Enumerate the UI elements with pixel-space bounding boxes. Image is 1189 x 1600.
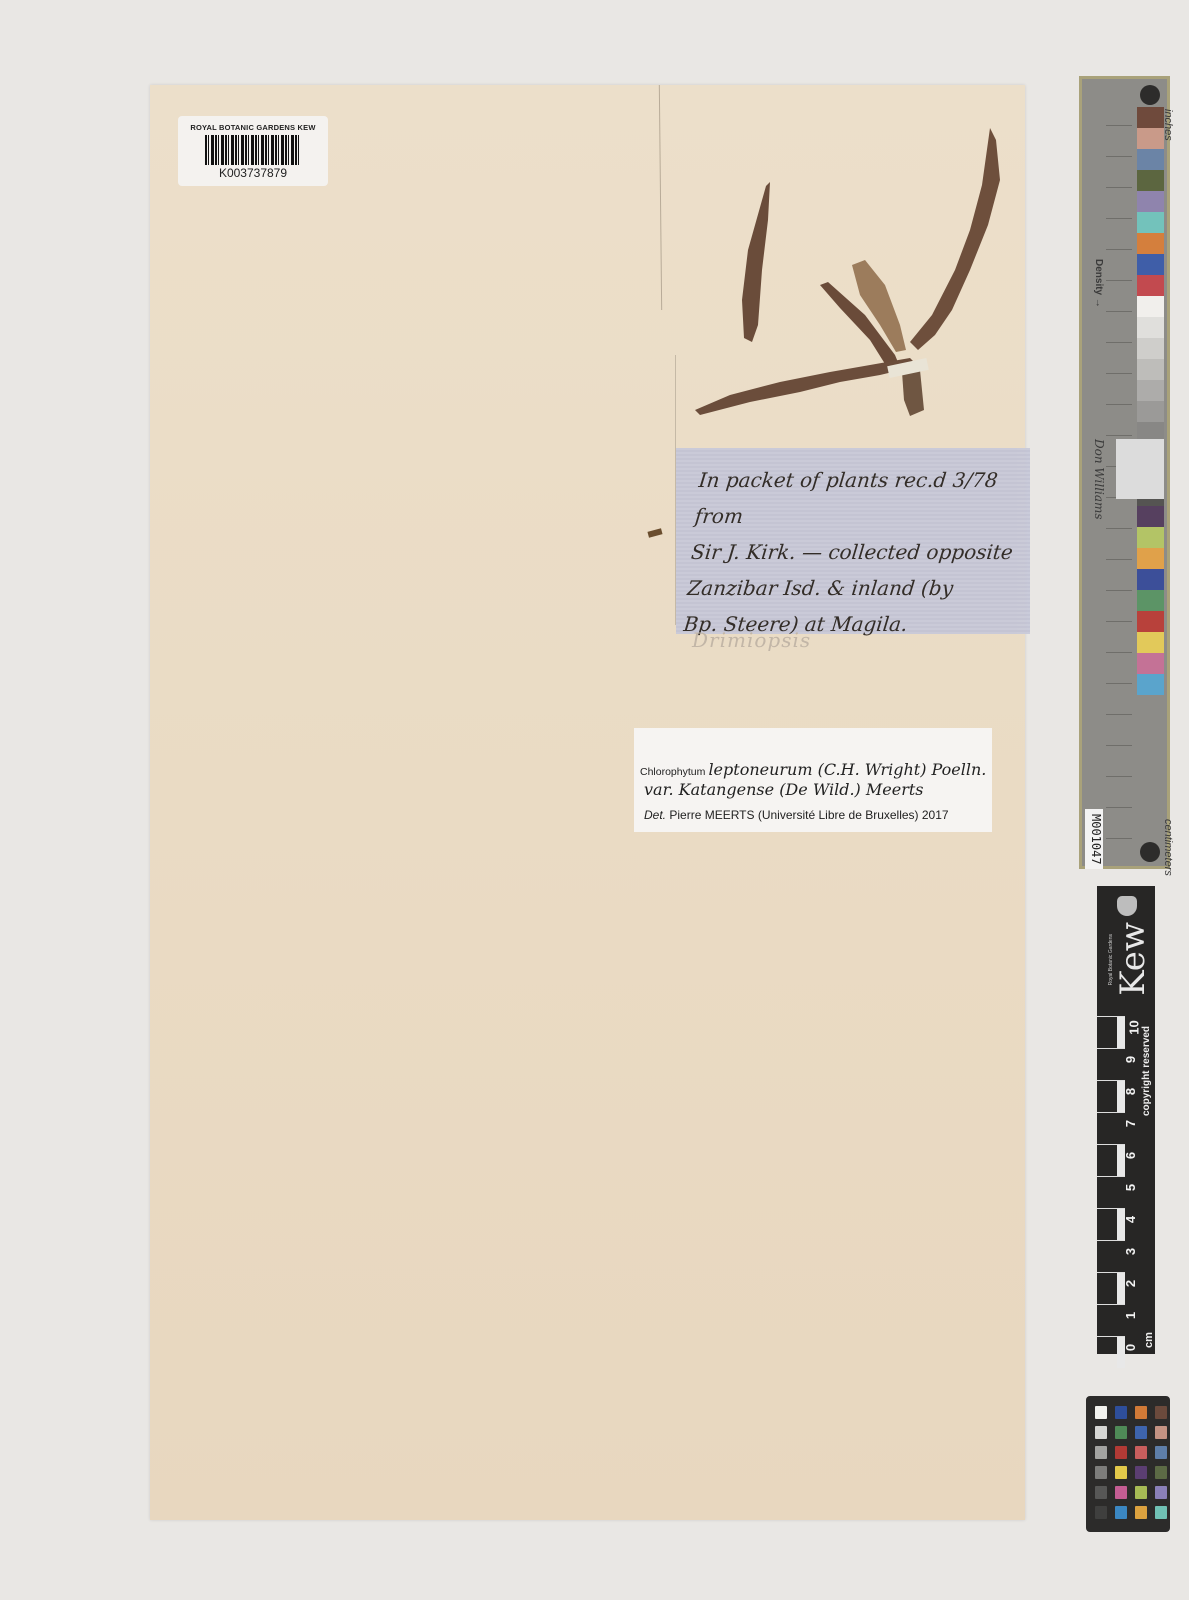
copyright-label: copyright reserved — [1141, 1026, 1152, 1116]
cm-scale — [1097, 1016, 1125, 1346]
scale-number: 4 — [1123, 1216, 1138, 1223]
registration-dot-icon — [1140, 85, 1160, 105]
color-swatch — [1137, 275, 1164, 296]
kew-scale-ruler: Royal Botanic Gardens Kew 109876543210 c… — [1097, 886, 1155, 1354]
color-swatch — [1137, 170, 1164, 191]
kew-crest-icon — [1117, 896, 1137, 916]
gray-target — [1116, 439, 1164, 499]
checker-cell — [1095, 1506, 1107, 1519]
scale-segment — [1097, 1080, 1125, 1112]
scale-segment — [1097, 1016, 1125, 1048]
color-bar-code: M001047 — [1085, 809, 1103, 869]
scale-number: 8 — [1123, 1088, 1138, 1095]
checker-cell — [1135, 1426, 1147, 1439]
collector-notes: In packet of plants rec.d 3/78 from Sir … — [666, 448, 1040, 642]
checker-cell — [1095, 1406, 1107, 1419]
scale-number: 5 — [1123, 1184, 1138, 1191]
color-swatch — [1137, 212, 1164, 233]
scale-number: 3 — [1123, 1248, 1138, 1255]
brand-label: Don Williams — [1092, 439, 1106, 520]
determiner-name: Pierre MEERTS (Université Libre de Bruxe… — [669, 808, 948, 822]
checker-cell — [1115, 1406, 1127, 1419]
checker-cell — [1135, 1466, 1147, 1479]
det-prefix: Det. — [644, 808, 666, 822]
checker-cell — [1115, 1506, 1127, 1519]
color-swatch — [1137, 296, 1164, 317]
color-swatch — [1137, 359, 1164, 380]
genus-name: Chlorophytum — [640, 766, 705, 778]
inches-label: inches — [1162, 109, 1174, 141]
scale-segment — [1097, 1336, 1125, 1368]
centimeters-label: centimeters — [1162, 819, 1174, 876]
checker-cell — [1135, 1486, 1147, 1499]
color-swatches — [1137, 107, 1164, 695]
scale-segment — [1097, 1240, 1125, 1272]
checker-cell — [1135, 1506, 1147, 1519]
color-swatch — [1137, 401, 1164, 422]
cm-unit-label: cm — [1143, 1332, 1155, 1348]
checker-cell — [1155, 1466, 1167, 1479]
scale-number: 0 — [1123, 1344, 1138, 1351]
scale-number: 1 — [1123, 1312, 1138, 1319]
color-swatch — [1137, 506, 1164, 527]
scale-number: 6 — [1123, 1152, 1138, 1159]
checker-cell — [1155, 1426, 1167, 1439]
checker-cell — [1115, 1426, 1127, 1439]
species-epithet: leptoneurum (C.H. Wright) Poelln. — [708, 760, 986, 779]
checker-cell — [1095, 1466, 1107, 1479]
checker-cell — [1155, 1486, 1167, 1499]
kew-logo: Kew — [1113, 922, 1153, 996]
color-swatch — [1137, 611, 1164, 632]
color-checker-card — [1086, 1396, 1170, 1532]
color-swatch — [1137, 191, 1164, 212]
scale-number: 2 — [1123, 1280, 1138, 1287]
color-swatch — [1137, 317, 1164, 338]
color-swatch — [1137, 632, 1164, 653]
color-swatch — [1137, 527, 1164, 548]
checker-cell — [1115, 1446, 1127, 1459]
color-swatch — [1137, 590, 1164, 611]
scale-number: 9 — [1123, 1056, 1138, 1063]
color-swatch — [1137, 233, 1164, 254]
color-swatch — [1137, 380, 1164, 401]
pencil-annotation: Drimiopsis — [692, 628, 811, 652]
color-swatch — [1137, 107, 1164, 128]
scale-segment — [1097, 1048, 1125, 1080]
scale-number: 7 — [1123, 1120, 1138, 1127]
institution-name: ROYAL BOTANIC GARDENS KEW — [178, 123, 328, 132]
color-swatch — [1137, 653, 1164, 674]
checker-cell — [1135, 1446, 1147, 1459]
color-swatch — [1137, 548, 1164, 569]
checker-cell — [1095, 1426, 1107, 1439]
color-swatch — [1137, 338, 1164, 359]
checker-cell — [1095, 1446, 1107, 1459]
color-swatch — [1137, 674, 1164, 695]
checker-cell — [1135, 1406, 1147, 1419]
determination-label: Chlorophytum leptoneurum (C.H. Wright) P… — [634, 728, 992, 832]
checker-cell — [1115, 1486, 1127, 1499]
scale-segment — [1097, 1112, 1125, 1144]
density-label: Density → — [1093, 259, 1104, 308]
scale-segment — [1097, 1176, 1125, 1208]
scale-number: 10 — [1127, 1020, 1142, 1034]
color-swatch — [1137, 569, 1164, 590]
barcode-icon — [205, 135, 301, 165]
checker-cell — [1155, 1506, 1167, 1519]
checker-cell — [1155, 1406, 1167, 1419]
plant-specimen-icon — [670, 110, 1010, 430]
collector-label: In packet of plants rec.d 3/78 from Sir … — [676, 448, 1030, 634]
color-calibration-bar: inches centimeters Density → Don William… — [1079, 76, 1170, 869]
scale-segment — [1097, 1304, 1125, 1336]
barcode-label: ROYAL BOTANIC GARDENS KEW K003737879 — [178, 116, 328, 186]
color-swatch — [1137, 149, 1164, 170]
barcode-number: K003737879 — [178, 166, 328, 180]
checker-cell — [1155, 1446, 1167, 1459]
scale-segment — [1097, 1272, 1125, 1304]
scale-segment — [1097, 1208, 1125, 1240]
color-swatch — [1137, 254, 1164, 275]
variety-name: var. Katangense (De Wild.) Meerts — [644, 780, 923, 799]
color-swatch — [1137, 128, 1164, 149]
checker-cell — [1115, 1466, 1127, 1479]
sheet-fold-line — [659, 85, 662, 310]
scale-segment — [1097, 1144, 1125, 1176]
registration-dot-icon — [1140, 842, 1160, 862]
checker-cell — [1095, 1486, 1107, 1499]
